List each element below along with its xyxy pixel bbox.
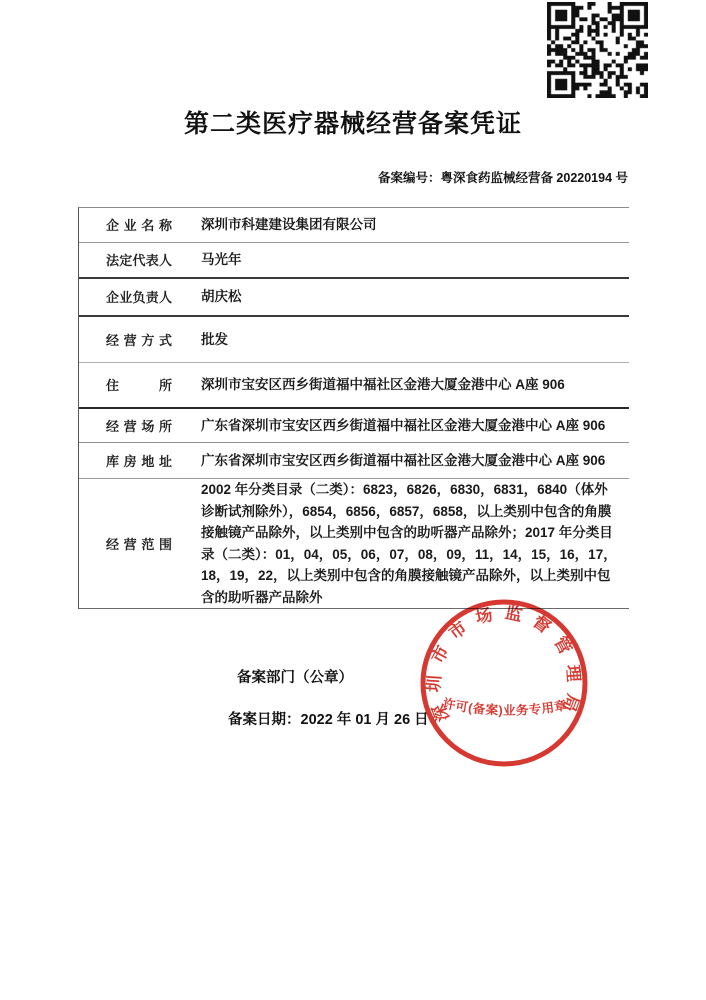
table-row: 经营范围 2002 年分类目录（二类）：6823，6826，6830，6831，… xyxy=(79,479,629,609)
row-value: 广东省深圳市宝安区西乡街道福中福社区金港大厦金港中心 A座 906 xyxy=(201,415,629,437)
table-row: 经营场所 广东省深圳市宝安区西乡街道福中福社区金港大厦金港中心 A座 906 xyxy=(79,409,629,443)
table-row: 库房地址 广东省深圳市宝安区西乡街道福中福社区金港大厦金港中心 A座 906 xyxy=(79,443,629,479)
row-label: 库房地址 xyxy=(79,451,201,471)
filing-department-label: 备案部门（公章） xyxy=(237,666,353,687)
row-label: 企业名称 xyxy=(79,215,201,235)
filing-date-value: 2022 年 01 月 26 日 xyxy=(301,712,429,728)
table-row: 住所 深圳市宝安区西乡街道福中福社区金港大厦金港中心 A座 906 xyxy=(79,363,629,409)
row-label: 经营场所 xyxy=(79,416,201,436)
stamp-inner-text: 许可(备案)业务专用章 xyxy=(442,695,569,717)
filing-date: 备案日期：2022 年 01 月 26 日 xyxy=(228,708,429,729)
registration-table: 企业名称 深圳市科建建设集团有限公司 法定代表人 马光年 企业负责人 胡庆松 经… xyxy=(78,207,629,609)
table-row: 法定代表人 马光年 xyxy=(79,243,629,279)
official-stamp-icon: 深圳市市场监督管理局 许可(备案)业务专用章 xyxy=(418,597,590,769)
svg-text:许可(备案)业务专用章: 许可(备案)业务专用章 xyxy=(442,695,569,717)
certificate-page: 第二类医疗器械经营备案凭证 备案编号：粤深食药监械经营备 20220194 号 … xyxy=(0,0,706,1000)
row-value: 2002 年分类目录（二类）：6823，6826，6830，6831，6840（… xyxy=(201,479,629,608)
table-row: 经营方式 批发 xyxy=(79,317,629,363)
qr-code-icon xyxy=(547,2,648,98)
page-title: 第二类医疗器械经营备案凭证 xyxy=(0,104,706,140)
record-number: 备案编号：粤深食药监械经营备 20220194 号 xyxy=(78,168,628,186)
row-value: 深圳市宝安区西乡街道福中福社区金港大厦金港中心 A座 906 xyxy=(201,374,629,396)
table-row: 企业负责人 胡庆松 xyxy=(79,279,629,317)
row-value: 胡庆松 xyxy=(201,286,629,308)
row-value: 广东省深圳市宝安区西乡街道福中福社区金港大厦金港中心 A座 906 xyxy=(201,450,629,472)
row-label: 住所 xyxy=(79,375,201,395)
row-value: 深圳市科建建设集团有限公司 xyxy=(201,214,629,236)
table-row: 企业名称 深圳市科建建设集团有限公司 xyxy=(79,208,629,243)
row-value: 马光年 xyxy=(201,249,629,271)
row-label: 经营方式 xyxy=(79,330,201,350)
row-label: 经营范围 xyxy=(79,534,201,554)
row-label: 企业负责人 xyxy=(79,287,201,307)
row-label: 法定代表人 xyxy=(79,250,201,270)
row-value: 批发 xyxy=(201,329,629,351)
filing-date-prefix: 备案日期： xyxy=(228,712,301,728)
